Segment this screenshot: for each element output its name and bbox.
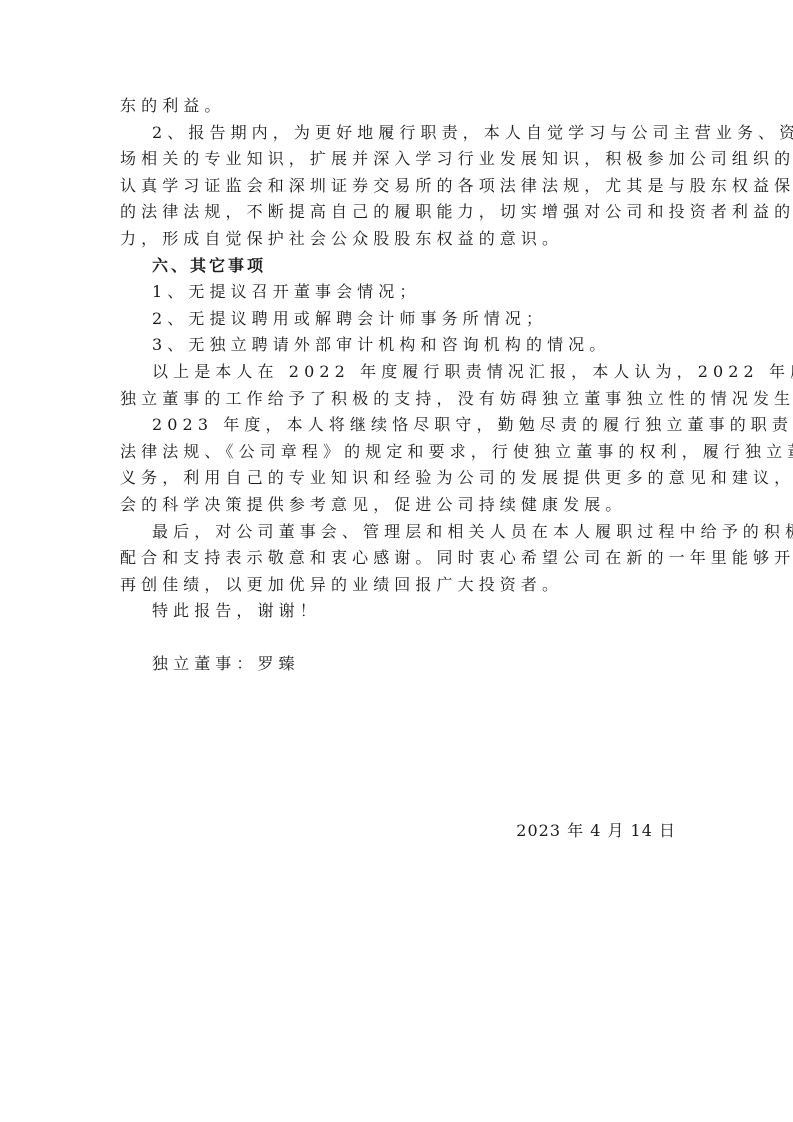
list-item: 2、无提议聘用或解聘会计师事务所情况； <box>120 306 676 333</box>
blank-line <box>120 625 676 652</box>
paragraph-thanks-line: 最后，对公司董事会、管理层和相关人员在本人履职过程中给予的积极有效 <box>120 519 676 546</box>
paragraph-self-study-line: 的法律法规，不断提高自己的履职能力，切实增强对公司和投资者利益的保护能 <box>120 199 676 226</box>
list-item: 1、无提议召开董事会情况； <box>120 279 676 306</box>
paragraph-self-study-line: 认真学习证监会和深圳证券交易所的各项法律法规，尤其是与股东权益保护相关 <box>120 173 676 200</box>
signature: 独立董事：罗臻 <box>120 651 676 678</box>
section-heading-other-matters: 六、其它事项 <box>120 253 676 280</box>
paragraph-thanks-line: 配合和支持表示敬意和衷心感谢。同时衷心希望公司在新的一年里能够开拓创新、 <box>120 545 676 572</box>
paragraph-thanks-line: 再创佳绩，以更加优异的业绩回报广大投资者。 <box>120 572 676 599</box>
paragraph-summary-line: 以上是本人在 2022 年度履行职责情况汇报，本人认为，2022 年度公司对于 <box>120 359 676 386</box>
paragraph-plan-line: 2023 年度，本人将继续恪尽职守，勤勉尽责的履行独立董事的职责。按照 <box>120 412 676 439</box>
paragraph-summary-line: 独立董事的工作给予了积极的支持，没有妨碍独立董事独立性的情况发生。 <box>120 386 676 413</box>
document-page: 东的利益。 2、报告期内，为更好地履行职责，本人自觉学习与公司主营业务、资本市 … <box>120 93 676 678</box>
report-date: 2023 年 4 月 14 日 <box>120 818 676 841</box>
paragraph-plan-line: 法律法规、《公司章程》的规定和要求，行使独立董事的权利，履行独立董事的 <box>120 439 676 466</box>
paragraph-plan-line: 会的科学决策提供参考意见，促进公司持续健康发展。 <box>120 492 676 519</box>
paragraph-self-study-line: 场相关的专业知识，扩展并深入学习行业发展知识，积极参加公司组织的培训， <box>120 146 676 173</box>
closing-remark: 特此报告，谢谢！ <box>120 598 676 625</box>
paragraph-plan-line: 义务，利用自己的专业知识和经验为公司的发展提供更多的意见和建议，为董事 <box>120 465 676 492</box>
paragraph-self-study-line: 2、报告期内，为更好地履行职责，本人自觉学习与公司主营业务、资本市 <box>120 120 676 147</box>
paragraph-self-study-line: 力，形成自觉保护社会公众股股东权益的意识。 <box>120 226 676 253</box>
paragraph-continuation-line: 东的利益。 <box>120 93 676 120</box>
list-item: 3、无独立聘请外部审计机构和咨询机构的情况。 <box>120 332 676 359</box>
